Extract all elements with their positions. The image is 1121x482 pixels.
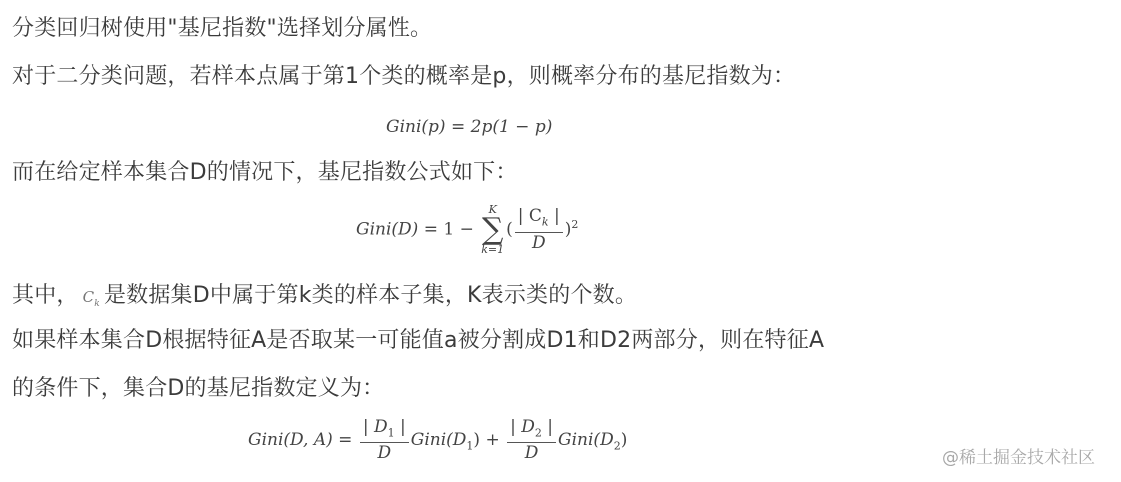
formula-equals: = bbox=[446, 117, 471, 137]
formula-lhs: Gini(D) bbox=[356, 220, 418, 240]
gini-d2-close: ) bbox=[621, 430, 628, 450]
fraction-numerator: | D1 | bbox=[360, 418, 409, 443]
exponent: 2 bbox=[571, 218, 578, 231]
numerator-end: | bbox=[395, 417, 406, 437]
fraction-d2-over-d: | D2 |D bbox=[507, 418, 556, 463]
fraction-numerator: | Ck | bbox=[515, 207, 563, 232]
plus-sign: + bbox=[480, 430, 505, 450]
fraction-numerator: | D2 | bbox=[507, 418, 556, 443]
gini-d2-subscript: 2 bbox=[614, 440, 621, 453]
fraction-ck-over-d: | Ck |D bbox=[515, 207, 563, 252]
numerator-end: | bbox=[549, 206, 560, 226]
formula-gini-d: Gini(D) = 1 − K∑k=1(| Ck |D)2 bbox=[356, 204, 578, 256]
paragraph-intro: 分类回归树使用"基尼指数"选择划分属性。 bbox=[12, 14, 432, 44]
gini-d2-term: Gini(D bbox=[558, 430, 614, 450]
paragraph-ck-definition: 其中，Ck是数据集D中属于第k类的样本子集，K表示类的个数。 bbox=[12, 281, 637, 319]
numerator-subscript: 1 bbox=[388, 426, 395, 439]
ck-subscript: k bbox=[94, 299, 100, 309]
formula-gini-p: Gini(p) = 2p(1 − p) bbox=[386, 117, 552, 137]
numerator-text: | D bbox=[363, 417, 388, 437]
formula-gini-d-a: Gini(D, A) = | D1 |DGini(D1) + | D2 |DGi… bbox=[248, 418, 627, 463]
numerator-text: | C bbox=[518, 206, 542, 226]
formula-lhs: Gini(p) bbox=[386, 117, 446, 137]
sum-lower-limit: k=1 bbox=[481, 244, 504, 256]
ck-prefix: 其中， bbox=[12, 283, 79, 308]
numerator-text: | D bbox=[510, 417, 535, 437]
fraction-denominator: D bbox=[532, 233, 546, 253]
open-paren: ( bbox=[506, 220, 513, 240]
formula-lhs: Gini(D, A) bbox=[248, 430, 333, 450]
paragraph-gini-definition-intro: 的条件下，集合D的基尼指数定义为： bbox=[12, 374, 384, 404]
watermark: @稀土掘金技术社区 bbox=[942, 443, 1095, 468]
ck-suffix: 是数据集D中属于第k类的样本子集，K表示类的个数。 bbox=[104, 283, 637, 308]
summation: K∑k=1 bbox=[481, 204, 504, 256]
gini-d1-term: Gini(D bbox=[411, 430, 467, 450]
ck-letter: C bbox=[83, 288, 95, 306]
numerator-subscript: 2 bbox=[535, 426, 542, 439]
formula-one-minus: 1 − bbox=[443, 220, 479, 240]
sigma-symbol: ∑ bbox=[482, 216, 503, 244]
formula-equals: = bbox=[418, 220, 443, 240]
paragraph-split-condition: 如果样本集合D根据特征A是否取某一可能值a被分割成D1和D2两部分，则在特征A bbox=[12, 326, 824, 356]
formula-equals: = bbox=[333, 430, 358, 450]
paragraph-given-dataset: 而在给定样本集合D的情况下，基尼指数公式如下： bbox=[12, 158, 518, 188]
numerator-end: | bbox=[542, 417, 553, 437]
fraction-denominator: D bbox=[377, 443, 391, 463]
numerator-subscript: k bbox=[542, 216, 549, 229]
ck-symbol: Ck bbox=[83, 288, 100, 306]
fraction-d1-over-d: | D1 |D bbox=[360, 418, 409, 463]
paragraph-binary-classification: 对于二分类问题，若样本点属于第1个类的概率是p，则概率分布的基尼指数为： bbox=[12, 62, 795, 92]
formula-rhs: 2p(1 − p) bbox=[471, 117, 553, 137]
fraction-denominator: D bbox=[525, 443, 539, 463]
